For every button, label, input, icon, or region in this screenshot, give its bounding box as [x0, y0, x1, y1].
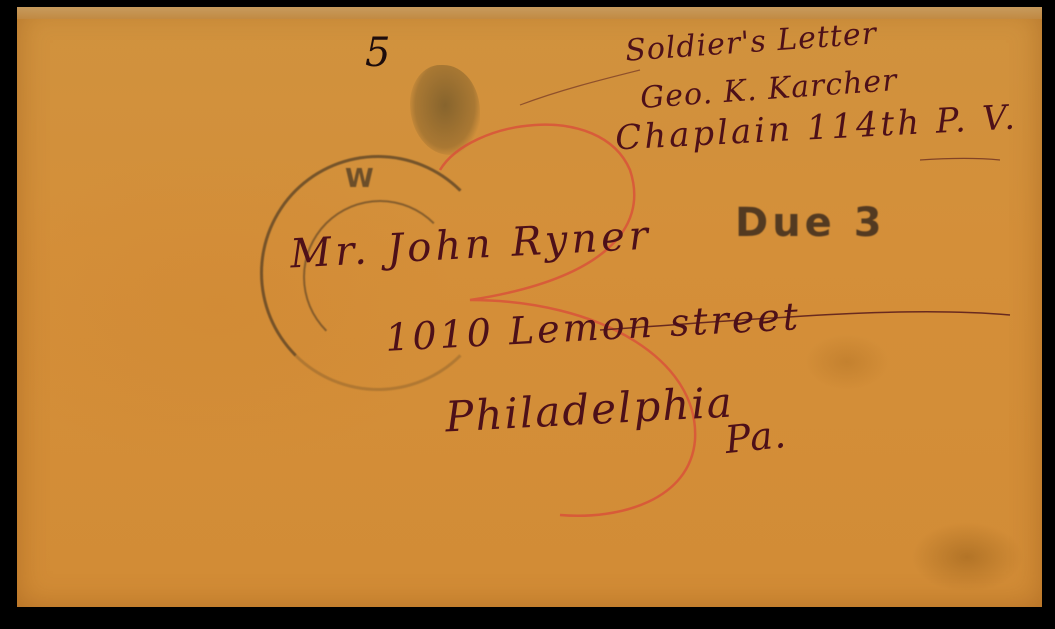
docket-number: 5 [365, 30, 391, 76]
postage-due-stamp: Due 3 [735, 200, 886, 246]
postmark-text: W [345, 164, 374, 194]
addressee-state: Pa. [723, 412, 789, 462]
envelope-top-edge [17, 7, 1042, 19]
water-stain [410, 65, 480, 155]
